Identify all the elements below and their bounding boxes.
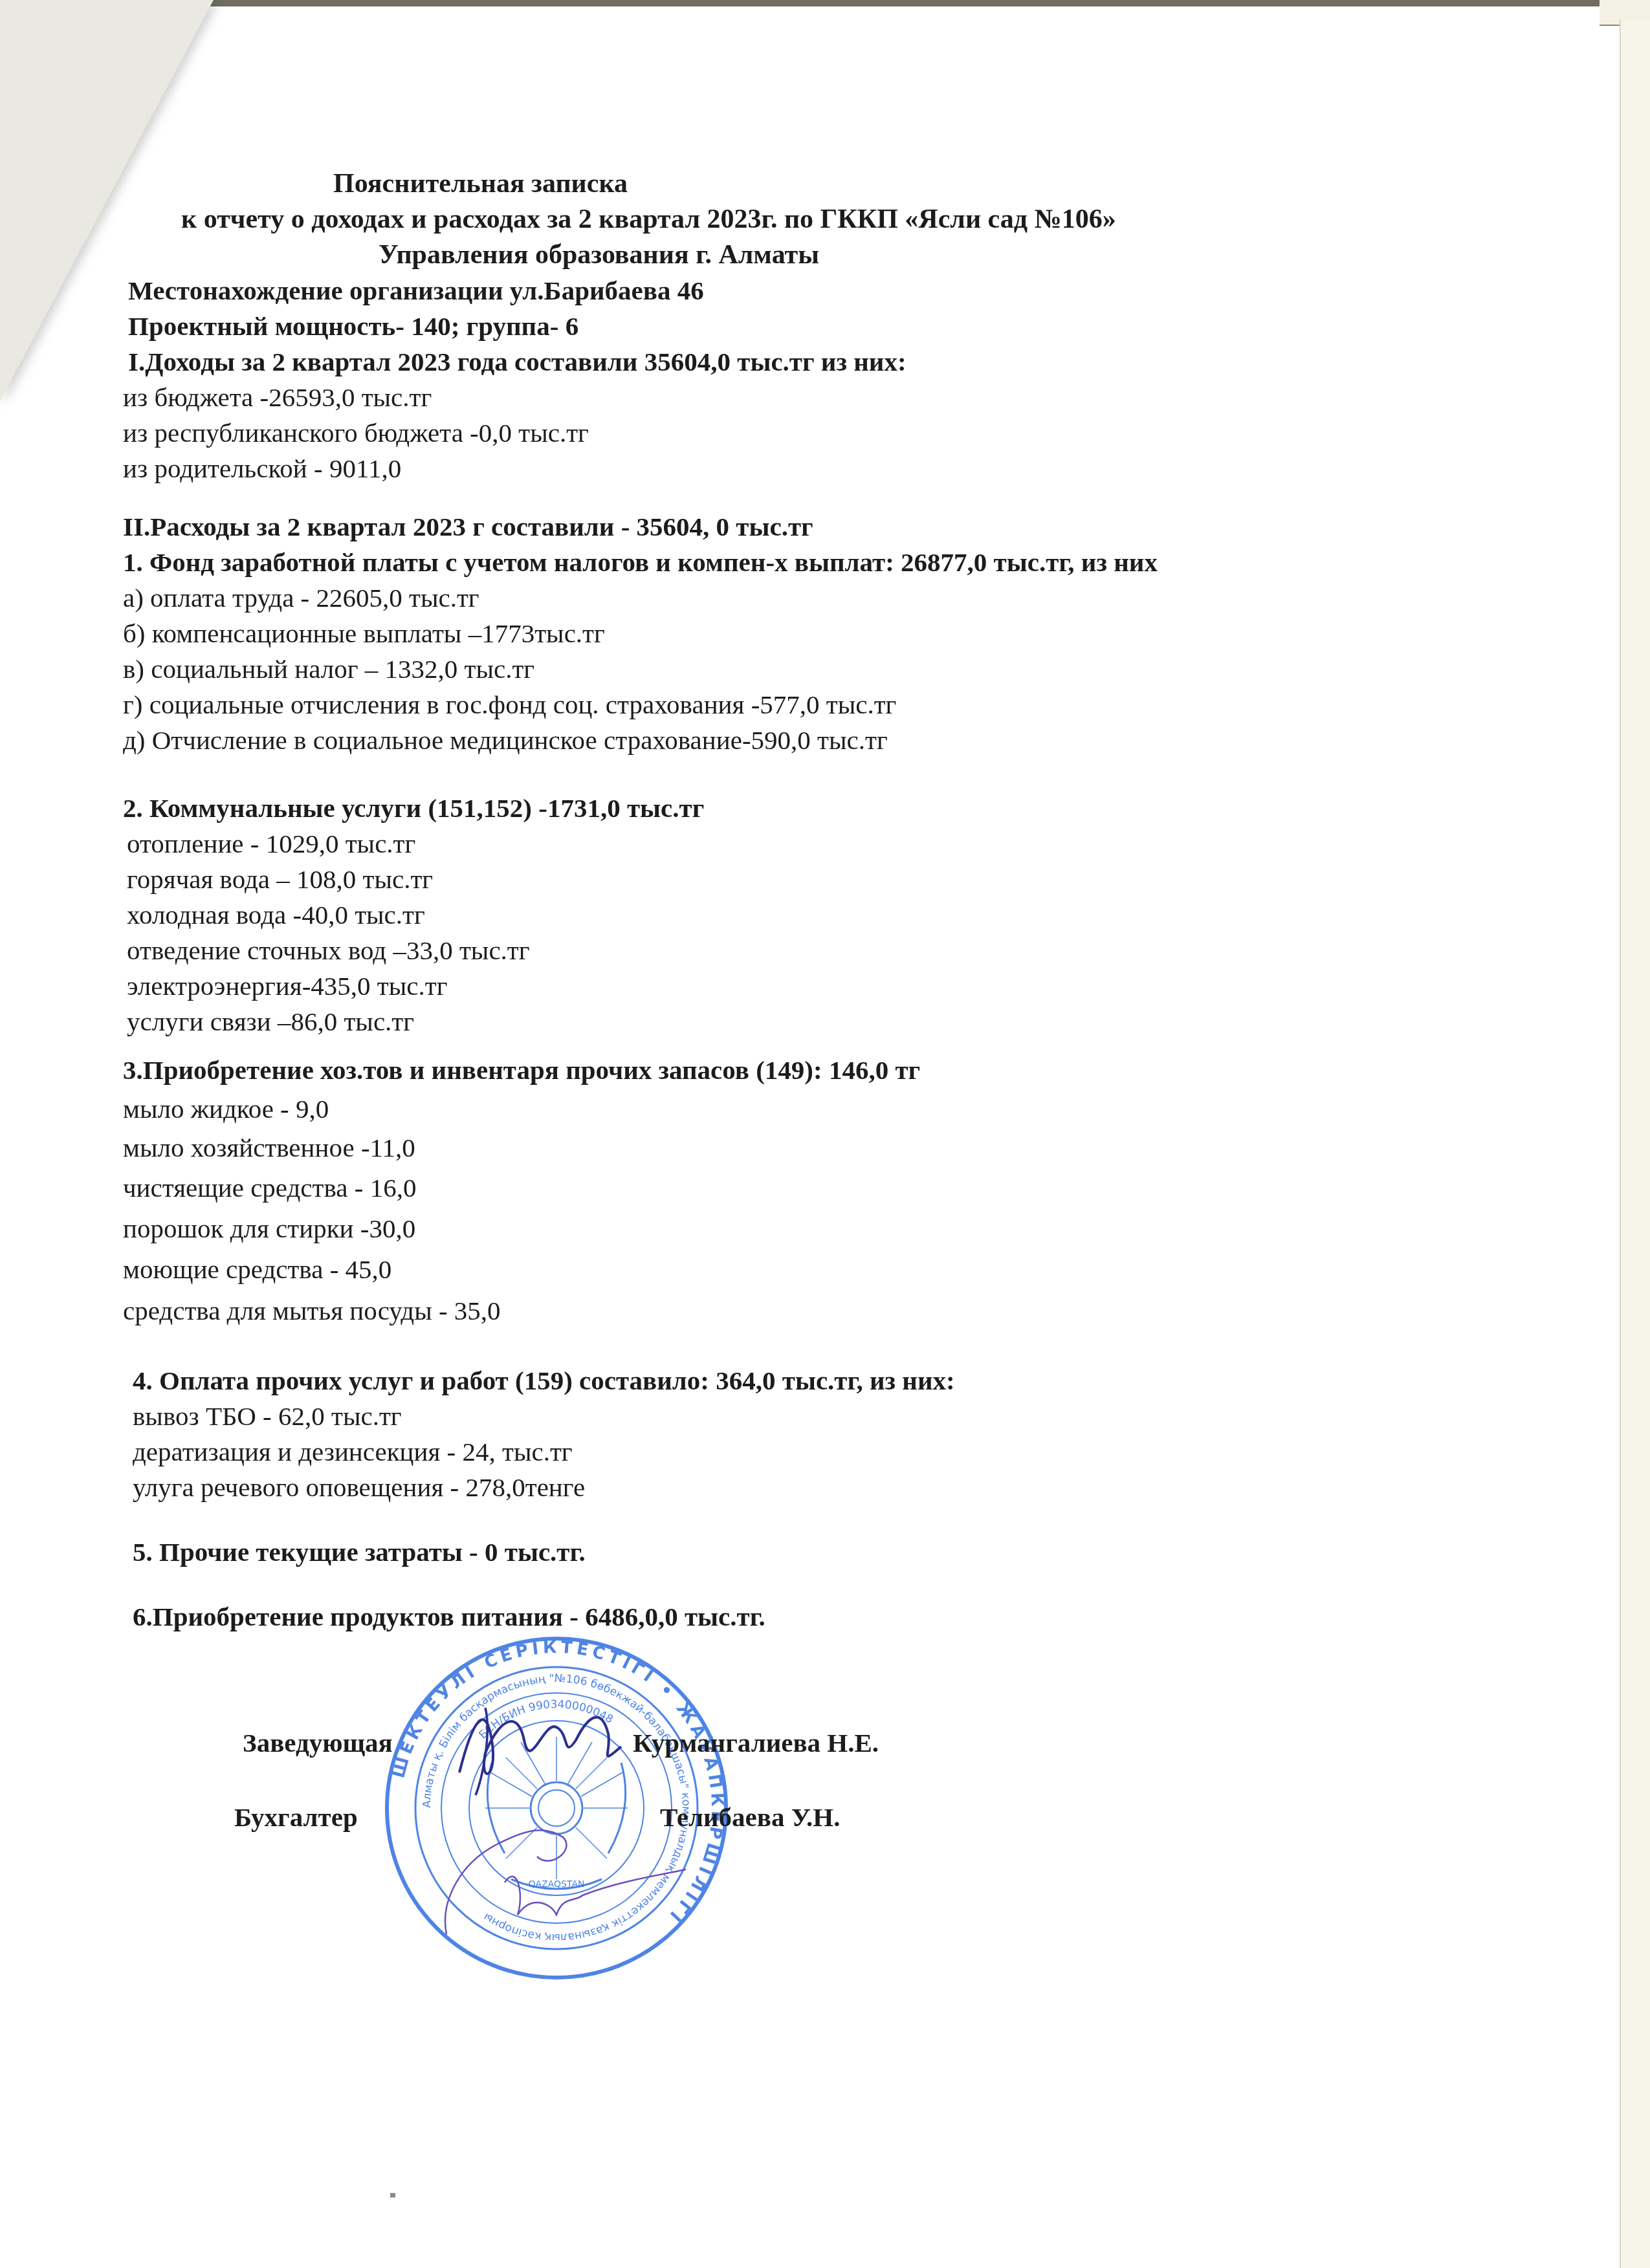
expense-section-heading: 4. Оплата прочих услуг и работ (159) сос… xyxy=(133,1365,955,1396)
head-title: Заведующая xyxy=(243,1727,393,1758)
expense-item: б) компенсационные выплаты –1773тыс.тг xyxy=(123,618,605,649)
expense-section-heading: 3.Приобретение хоз.тов и инвентаря прочи… xyxy=(123,1054,920,1085)
expense-item: моющие средства - 45,0 xyxy=(123,1254,391,1285)
expense-item: отведение сточных вод –33,0 тыс.тг xyxy=(127,935,530,966)
expense-item: электроэнергия-435,0 тыс.тг xyxy=(127,970,447,1001)
expense-item: горячая вода – 108,0 тыс.тг xyxy=(127,864,433,895)
expense-item: а) оплата труда - 22605,0 тыс.тг xyxy=(123,582,479,613)
expense-item: г) социальные отчисления в гос.фонд соц.… xyxy=(123,689,896,720)
expense-item: холодная вода -40,0 тыс.тг xyxy=(127,899,425,930)
expense-item: отопление - 1029,0 тыс.тг xyxy=(127,828,415,859)
expense-item: мыло жидкое - 9,0 xyxy=(123,1093,329,1124)
expense-section-heading: 2. Коммунальные услуги (151,152) -1731,0… xyxy=(123,792,704,823)
expense-item: услуги связи –86,0 тыс.тг xyxy=(127,1006,414,1037)
expense-item: вывоз ТБО - 62,0 тыс.тг xyxy=(133,1401,402,1432)
department: Управления образования г. Алматы xyxy=(379,239,819,270)
expense-item: чистяещие средства - 16,0 xyxy=(123,1172,416,1203)
scan-right-edge xyxy=(1620,19,1650,2268)
expense-item: порошок для стирки -30,0 xyxy=(123,1213,415,1244)
document-title: Пояснительная записка xyxy=(333,168,628,199)
organization-location: Местонахождение организации ул.Барибаева… xyxy=(128,275,704,306)
project-capacity: Проектный мощность- 140; группа- 6 xyxy=(128,311,578,342)
expenses-heading: II.Расходы за 2 квартал 2023 г составили… xyxy=(123,511,813,542)
accountant-name: Телибаева У.Н. xyxy=(660,1802,841,1833)
income-heading: I.Доходы за 2 квартал 2023 года составил… xyxy=(128,346,907,377)
expense-section-heading: 6.Приобретение продуктов питания - 6486,… xyxy=(133,1601,765,1632)
scan-dust xyxy=(390,2193,395,2197)
expense-section-heading: 5. Прочие текущие затраты - 0 тыс.тг. xyxy=(133,1536,586,1567)
expense-item: д) Отчисление в социальное медицинское с… xyxy=(123,725,888,756)
expense-item: дератизация и дезинсекция - 24, тыс.тг xyxy=(133,1436,573,1467)
accountant-signature xyxy=(421,1785,692,1954)
accountant-title: Бухгалтер xyxy=(234,1802,358,1833)
income-item: из родительской - 9011,0 xyxy=(123,453,401,484)
expense-item: мыло хозяйственное -11,0 xyxy=(123,1132,415,1163)
scan-top-edge xyxy=(0,0,1650,6)
expense-item: улуга речевого оповещения - 278,0тенге xyxy=(133,1472,585,1503)
income-item: из республиканского бюджета -0,0 тыс.тг xyxy=(123,417,589,448)
expense-section-heading: 1. Фонд заработной платы с учетом налого… xyxy=(123,547,1158,578)
expense-item: средства для мытья посуды - 35,0 xyxy=(123,1295,501,1326)
document-subtitle: к отчету о доходах и расходах за 2 кварт… xyxy=(181,204,1116,235)
head-name: Курмангалиева Н.Е. xyxy=(633,1727,879,1758)
income-item: из бюджета -26593,0 тыс.тг xyxy=(123,382,432,413)
expense-item: в) социальный налог – 1332,0 тыс.тг xyxy=(123,653,534,684)
